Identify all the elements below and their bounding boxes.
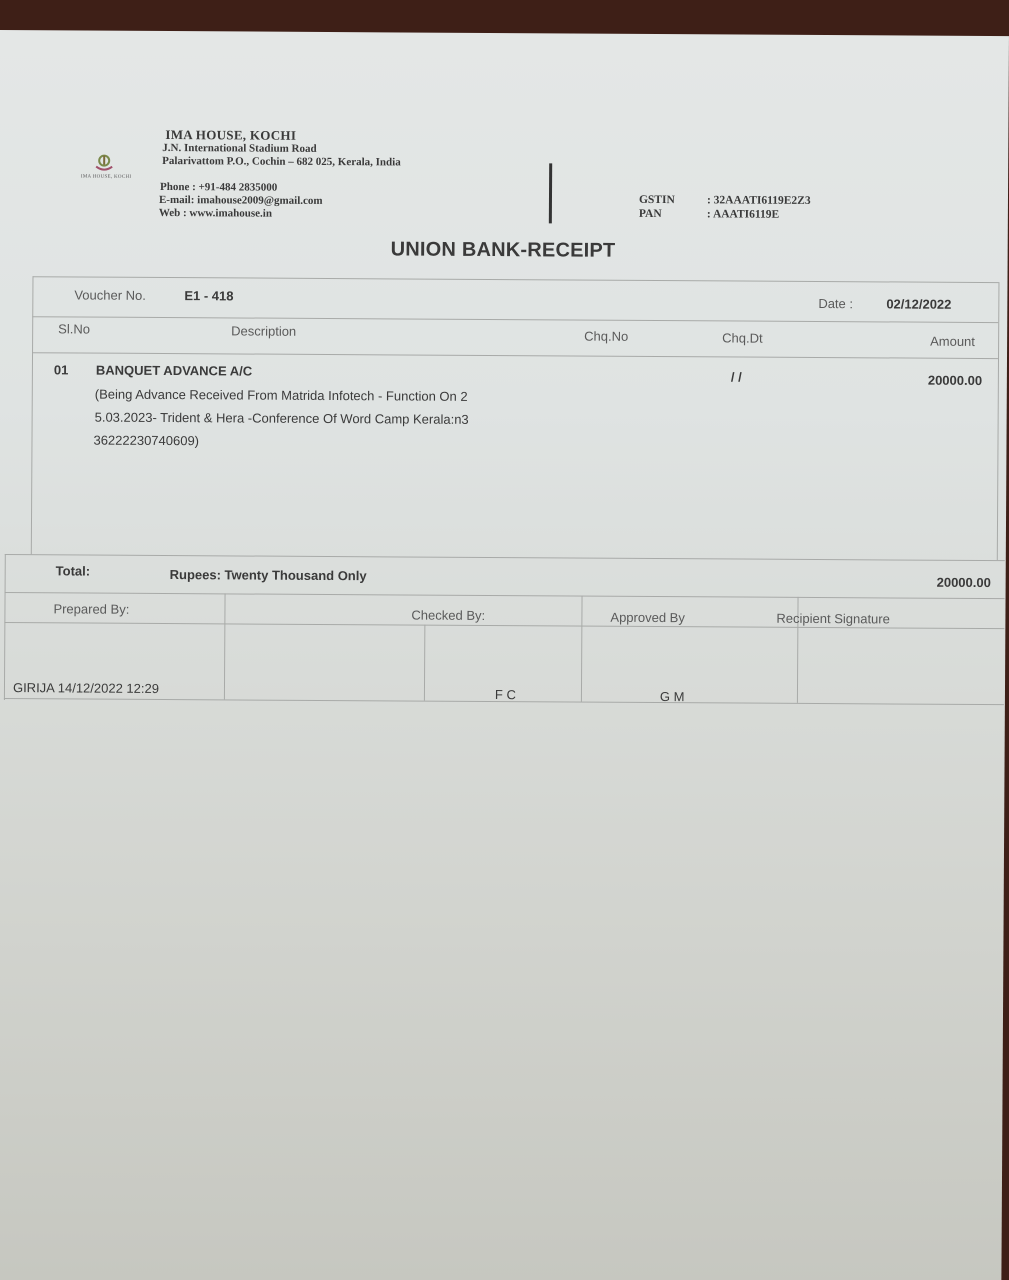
document-title: UNION BANK-RECEIPT xyxy=(391,238,616,262)
header-chq-dt: Chq.Dt xyxy=(722,330,763,345)
header-amount: Amount xyxy=(930,334,975,349)
rule-after-headers xyxy=(32,352,998,359)
phone-number: Phone : +91-484 2835000 xyxy=(160,181,277,194)
checked-by-label: Checked By: xyxy=(411,608,485,623)
gstin-value: : 32AAATI6119E2Z3 xyxy=(707,194,811,207)
address-line-1: J.N. International Stadium Road xyxy=(162,142,316,155)
website: Web : www.imahouse.in xyxy=(159,207,272,220)
row-sl-no: 01 xyxy=(54,362,69,377)
pan-label: PAN xyxy=(639,208,707,220)
border-left-upper xyxy=(31,276,34,554)
date-value: 02/12/2022 xyxy=(886,296,951,311)
receipt-table: Voucher No. E1 - 418 Date : 02/12/2022 S… xyxy=(14,276,1007,706)
header-sl-no: Sl.No xyxy=(58,321,90,336)
address-line-2: Palarivattom P.O., Cochin – 682 025, Ker… xyxy=(162,155,401,168)
rule-before-total xyxy=(5,554,1005,561)
prepared-by-label: Prepared By: xyxy=(53,601,129,616)
receipt-paper: IMA HOUSE, KOCHI IMA HOUSE, KOCHI J.N. I… xyxy=(0,30,1009,1280)
pan-value: : AAATI6119E xyxy=(707,208,779,220)
row-account: BANQUET ADVANCE A/C xyxy=(96,363,252,379)
email-address: E-mail: imahouse2009@gmail.com xyxy=(159,194,323,207)
approved-by-value: G M xyxy=(660,689,685,704)
row-chq-dt: / / xyxy=(731,369,742,384)
approved-by-label: Approved By xyxy=(610,610,685,625)
border-left-lower xyxy=(4,554,6,700)
logo-caption: IMA HOUSE, KOCHI xyxy=(61,174,151,180)
total-label: Total: xyxy=(56,563,91,578)
sig-divider-2 xyxy=(424,625,425,701)
gstin: GSTIN: 32AAATI6119E2Z3 xyxy=(639,194,811,207)
voucher-number: E1 - 418 xyxy=(184,288,233,303)
row-amount: 20000.00 xyxy=(928,373,982,388)
emblem-icon xyxy=(94,153,114,173)
date-label: Date : xyxy=(818,296,853,311)
total-in-words: Rupees: Twenty Thousand Only xyxy=(170,567,367,583)
organization-logo: IMA HOUSE, KOCHI xyxy=(61,152,151,187)
prepared-by-value: GIRIJA 14/12/2022 12:29 xyxy=(13,680,159,696)
rule-after-total xyxy=(5,592,1005,599)
border-right-upper xyxy=(997,282,1000,560)
recipient-signature-label: Recipient Signature xyxy=(776,611,890,627)
gstin-label: GSTIN xyxy=(639,194,707,206)
row-narration-line-2: 5.03.2023- Trident & Hera -Conference Of… xyxy=(95,410,469,427)
header-divider xyxy=(549,163,552,223)
pan: PAN: AAATI6119E xyxy=(639,208,779,221)
header-chq-no: Chq.No xyxy=(584,329,628,344)
border-top xyxy=(32,276,998,283)
sig-divider-1 xyxy=(224,593,226,699)
sig-divider-3 xyxy=(581,596,583,702)
header-description: Description xyxy=(231,323,296,338)
rule-after-voucher xyxy=(32,316,998,323)
checked-by-value: F C xyxy=(495,687,516,702)
row-narration-line-3: 36222230740609) xyxy=(93,433,199,449)
voucher-label: Voucher No. xyxy=(74,287,146,302)
row-narration-line-1: (Being Advance Received From Matrida Inf… xyxy=(95,387,468,404)
total-amount: 20000.00 xyxy=(937,575,991,590)
